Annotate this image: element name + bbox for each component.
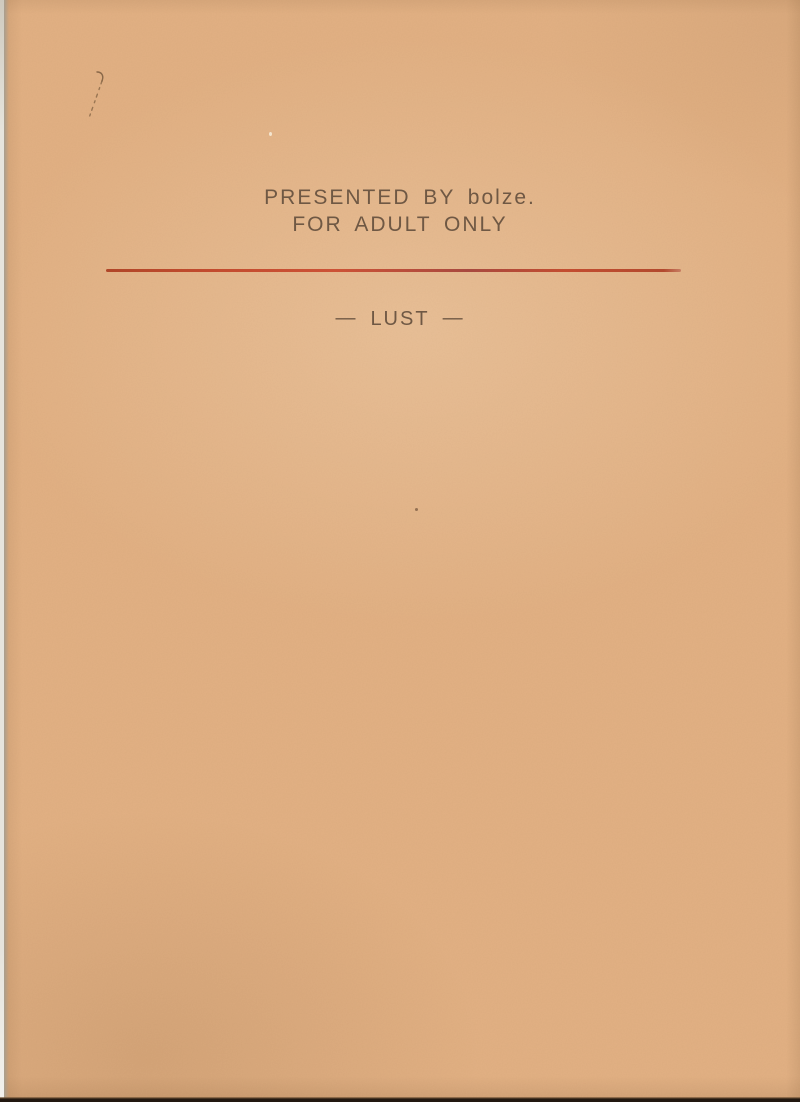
scanned-book-cover: PRESENTED BY bolze. FOR ADULT ONLY —LUST…	[0, 0, 800, 1102]
title-dash-right: —	[443, 307, 465, 329]
paper-shading-overlay	[0, 0, 800, 1102]
title-line: —LUST—	[0, 308, 800, 331]
dust-speck	[415, 508, 418, 511]
scanner-edge-shadow	[4, 0, 9, 1102]
title-dash-left: —	[335, 307, 357, 329]
page-bottom-edge	[0, 1097, 800, 1102]
paper-fleck	[269, 132, 272, 136]
title-text: LUST	[370, 308, 429, 330]
pen-scratch-mark	[84, 66, 114, 124]
presented-by-line: PRESENTED BY bolze.	[0, 184, 800, 211]
cover-text-block: PRESENTED BY bolze. FOR ADULT ONLY	[0, 184, 800, 238]
adult-only-line: FOR ADULT ONLY	[0, 211, 800, 238]
paper-grain-texture	[0, 0, 800, 1102]
red-divider-rule	[106, 269, 681, 272]
